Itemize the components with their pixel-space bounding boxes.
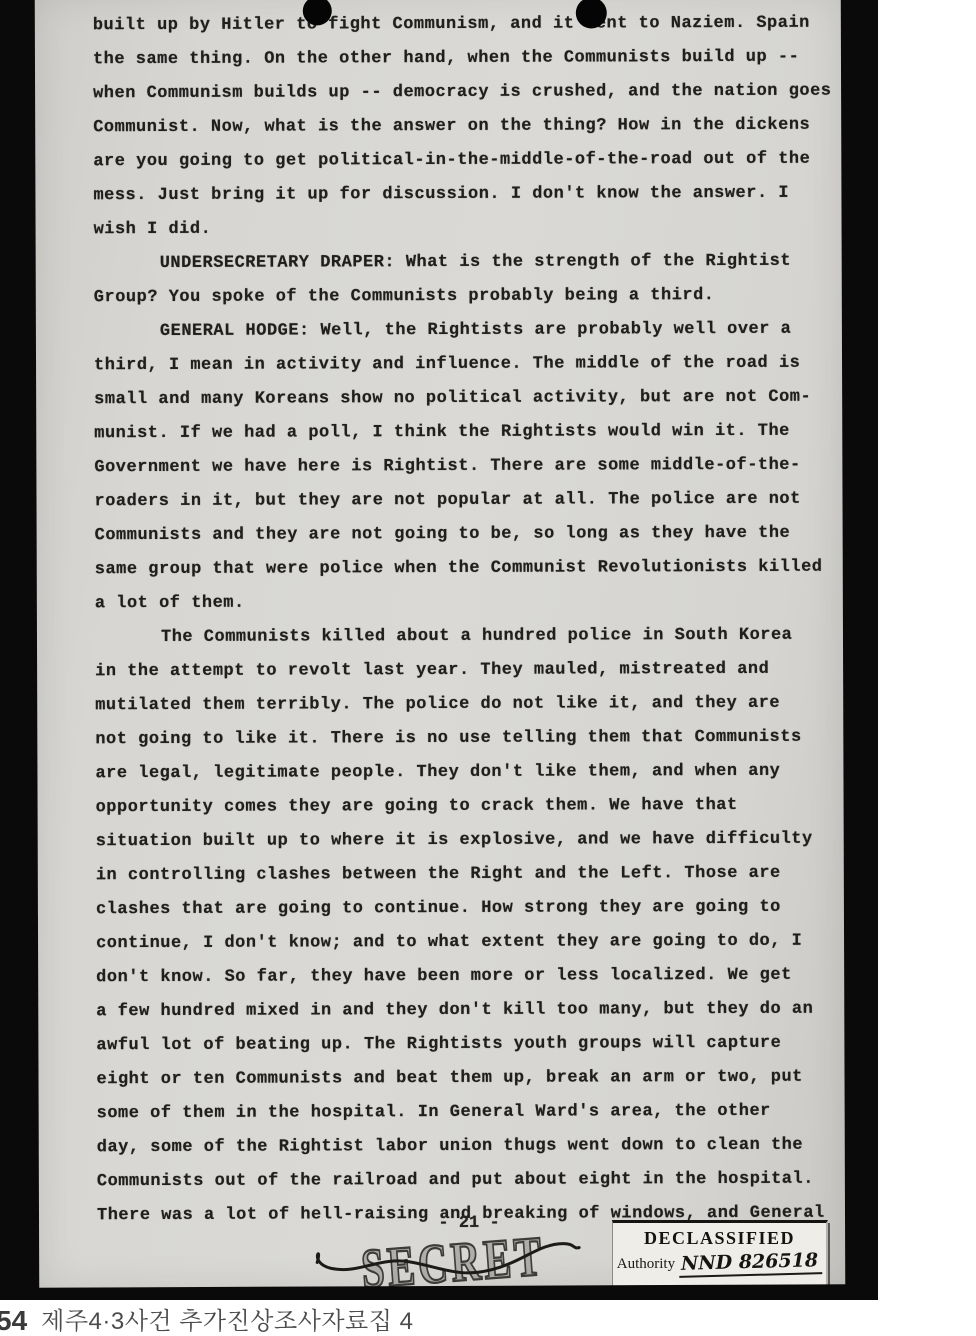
paper-sheet: built up by Hitler to fight Communism, a… bbox=[35, 0, 846, 1291]
footer-caption: 제주4·3사건 추가진상조사자료집 4 bbox=[41, 1304, 413, 1336]
declassified-label: DECLASSIFIED bbox=[613, 1228, 826, 1249]
page-number: - 21 - bbox=[389, 1214, 549, 1234]
typewritten-lines: built up by Hitler to fight Communism, a… bbox=[93, 7, 832, 1234]
authority-row: AuthorityNND 826518 bbox=[613, 1251, 826, 1276]
text-line: some of them in the hospital. In General… bbox=[97, 1095, 832, 1132]
text-line: wish I did. bbox=[94, 211, 829, 248]
book-footer: 54 제주4·3사건 추가진상조사자료집 4 bbox=[0, 1304, 976, 1336]
text-line: Government we have here is Rightist. The… bbox=[94, 449, 829, 486]
scan-bottom-edge bbox=[0, 1284, 878, 1300]
text-line: roaders in it, but they are not popular … bbox=[94, 483, 829, 520]
text-line: continue, I don't know; and to what exte… bbox=[96, 925, 831, 962]
text-line: small and many Koreans show no political… bbox=[94, 381, 829, 418]
authority-handwritten-number: NND 826518 bbox=[679, 1249, 823, 1278]
text-line: eight or ten Communists and beat them up… bbox=[96, 1061, 831, 1098]
text-line: The Communists killed about a hundred po… bbox=[95, 619, 830, 656]
text-line: in controlling clashes between the Right… bbox=[96, 857, 831, 894]
secret-stamp: SECRET bbox=[359, 1223, 547, 1292]
text-line: awful lot of beating up. The Rightists y… bbox=[96, 1027, 831, 1064]
text-line: GENERAL HODGE: Well, the Rightists are p… bbox=[94, 313, 829, 350]
text-line: opportunity comes they are going to crac… bbox=[96, 789, 831, 826]
text-line: mutilated them terribly. The police do n… bbox=[95, 687, 830, 724]
text-line: not going to like it. There is no use te… bbox=[95, 721, 830, 758]
footer-page-number: 54 bbox=[0, 1304, 27, 1336]
text-line: the same thing. On the other hand, when … bbox=[93, 41, 828, 78]
text-line: day, some of the Rightist labor union th… bbox=[97, 1129, 832, 1166]
text-line: don't know. So far, they have been more … bbox=[96, 959, 831, 996]
text-line: a lot of them. bbox=[95, 585, 830, 622]
text-line: third, I mean in activity and influence.… bbox=[94, 347, 829, 384]
text-line: in the attempt to revolt last year. They… bbox=[95, 653, 830, 690]
text-line: UNDERSECRETARY DRAPER: What is the stren… bbox=[94, 245, 829, 282]
text-line: Communists out of the railroad and put a… bbox=[97, 1163, 832, 1200]
text-line: situation built up to where it is explos… bbox=[96, 823, 831, 860]
scan-photo-area: built up by Hitler to fight Communism, a… bbox=[0, 0, 878, 1300]
text-line: munist. If we had a poll, I think the Ri… bbox=[94, 415, 829, 452]
text-line: when Communism builds up -- democracy is… bbox=[93, 75, 828, 112]
scanned-document-page: { "document": { "lines": [ {"text": "bui… bbox=[0, 0, 976, 1336]
text-line: clashes that are going to continue. How … bbox=[96, 891, 831, 928]
text-line: built up by Hitler to fight Communism, a… bbox=[93, 7, 828, 44]
text-line: Group? You spoke of the Communists proba… bbox=[94, 279, 829, 316]
text-line: are legal, legitimate people. They don't… bbox=[95, 755, 830, 792]
text-line: are you going to get political-in-the-mi… bbox=[93, 143, 828, 180]
text-line: mess. Just bring it up for discussion. I… bbox=[93, 177, 828, 214]
text-line: a few hundred mixed in and they don't ki… bbox=[96, 993, 831, 1030]
authority-label: Authority bbox=[617, 1256, 675, 1272]
text-line: same group that were police when the Com… bbox=[95, 551, 830, 588]
text-line: Communist. Now, what is the answer on th… bbox=[93, 109, 828, 146]
text-line: Communists and they are not going to be,… bbox=[95, 517, 830, 554]
